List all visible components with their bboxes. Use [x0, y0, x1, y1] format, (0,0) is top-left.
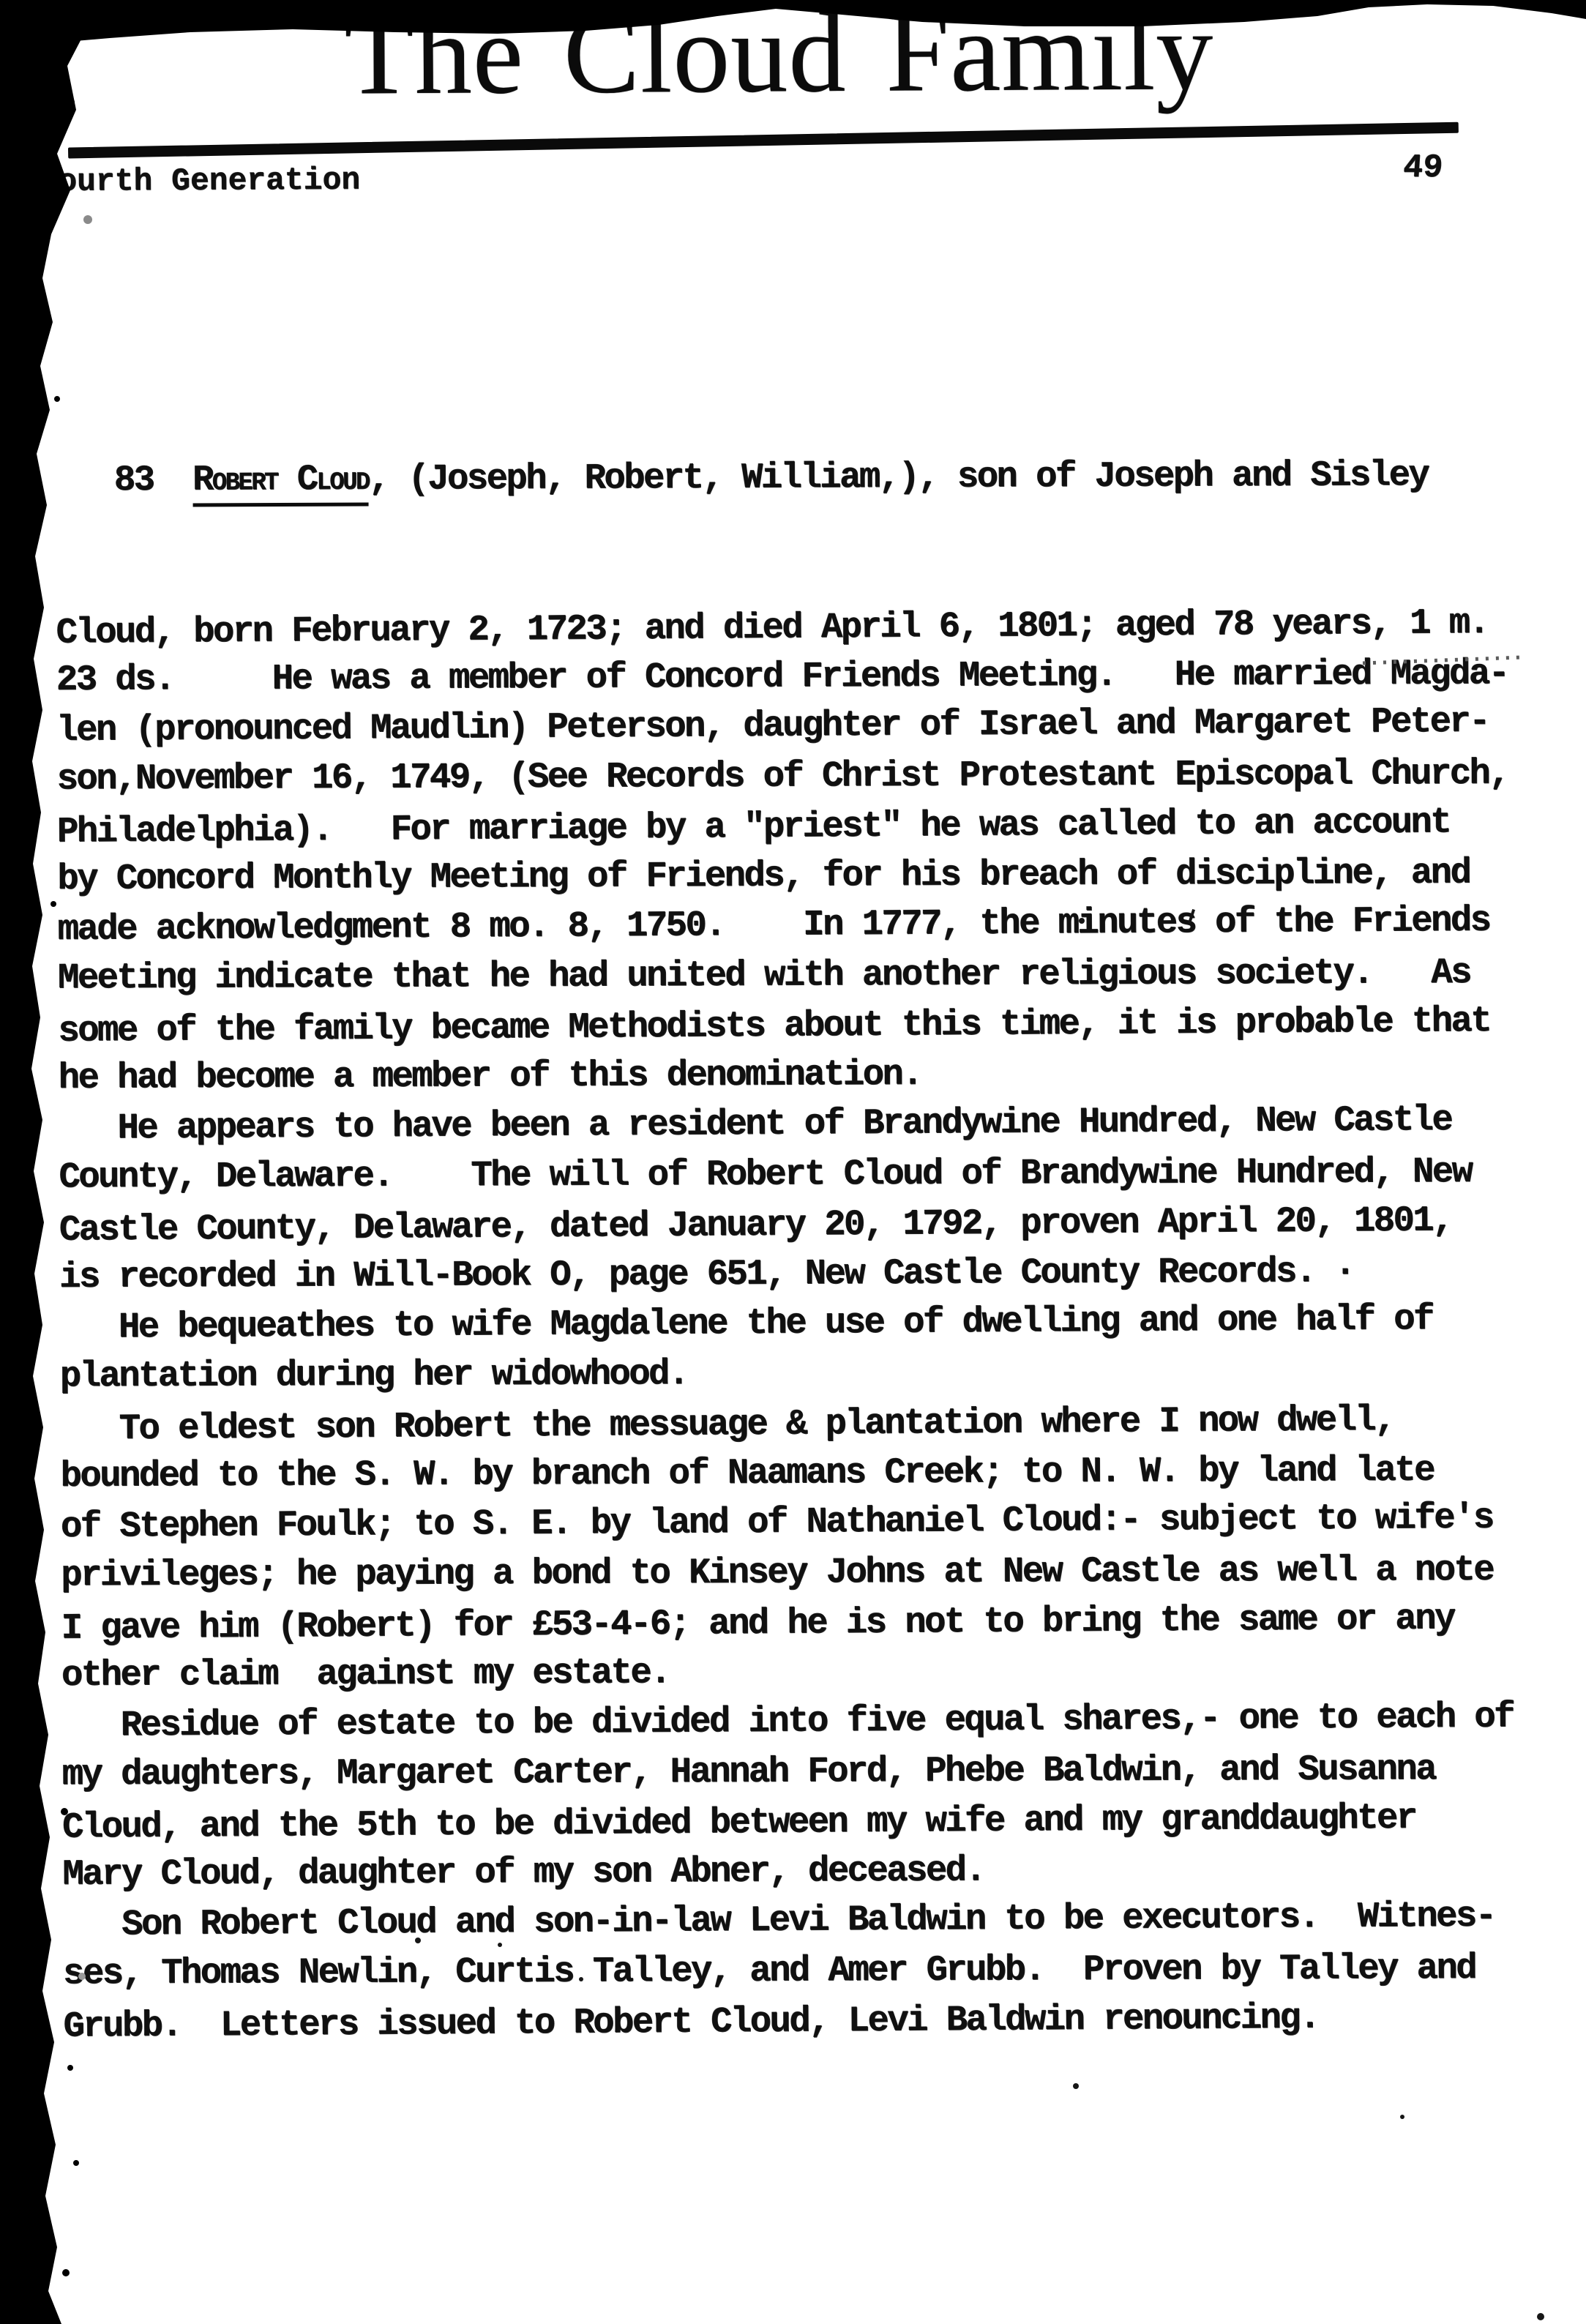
title-rule — [68, 122, 1459, 159]
body-line: Meeting indicate that he had united with… — [58, 947, 1573, 1003]
body-line: 23 ds. He was a member of Concord Friend… — [56, 649, 1571, 705]
body-line: he had become a member of this denominat… — [59, 1047, 1574, 1103]
body-line: son,November 16, 1749, (See Records of C… — [56, 748, 1571, 804]
scanned-page: The Cloud Family ourth Generation 49 83 … — [0, 0, 1586, 2324]
section-label: ourth Generation — [58, 162, 360, 199]
body-line: Grubb. Letters issued to Robert Cloud, L… — [63, 1991, 1578, 2051]
body-line: len (pronounced Maudlin) Peterson, daugh… — [56, 696, 1571, 755]
body-line: privileges; he paying a bond to Kinsey J… — [61, 1544, 1576, 1600]
entry-text: 83 Robert Cloud, (Joseph, Robert, Willia… — [55, 349, 1579, 2050]
body-line: He bequeathes to wife Magdalene the use … — [59, 1293, 1574, 1353]
body-line: Son Robert Cloud and son-in-law Levi Bal… — [63, 1891, 1578, 1950]
body-line: Residue of estate to be divided into fiv… — [61, 1692, 1576, 1751]
body-line: by Concord Monthly Meeting of Friends, f… — [57, 848, 1572, 904]
entry-first-line-rest: , (Joseph, Robert, William,), son of Jos… — [369, 455, 1429, 500]
body-line: ses, Thomas Newlin, Curtis Talley, and A… — [63, 1943, 1578, 1998]
body-line: is recorded in Will-Book O, page 651, Ne… — [59, 1246, 1574, 1302]
entry-name: Robert Cloud — [192, 459, 369, 507]
book-title: The Cloud Family — [344, 0, 1214, 124]
body-line: Mary Cloud, daughter of my son Abner, de… — [62, 1843, 1577, 1899]
entry-number: 83 — [55, 459, 192, 501]
body-line: He appears to have been a resident of Br… — [59, 1094, 1574, 1154]
body-line: of Stephen Foulk; to S. E. by land of Na… — [61, 1492, 1576, 1552]
page-content: The Cloud Family ourth Generation 49 83 … — [0, 0, 1586, 2324]
body-line: County, Delaware. The will of Robert Clo… — [59, 1146, 1574, 1202]
body-line: my daughters, Margaret Carter, Hannah Fo… — [62, 1744, 1577, 1799]
entry-first-line: 83 Robert Cloud, (Joseph, Robert, Willia… — [55, 449, 1570, 505]
body-line: other claim against my estate. — [61, 1644, 1576, 1700]
body-line: plantation during her widowhood. — [60, 1345, 1575, 1401]
body-line: made acknowledgment 8 mo. 8, 1750. In 17… — [57, 895, 1572, 954]
body-line: bounded to the S. W. by branch of Naaman… — [60, 1445, 1575, 1501]
page-number: 49 — [1402, 149, 1444, 187]
